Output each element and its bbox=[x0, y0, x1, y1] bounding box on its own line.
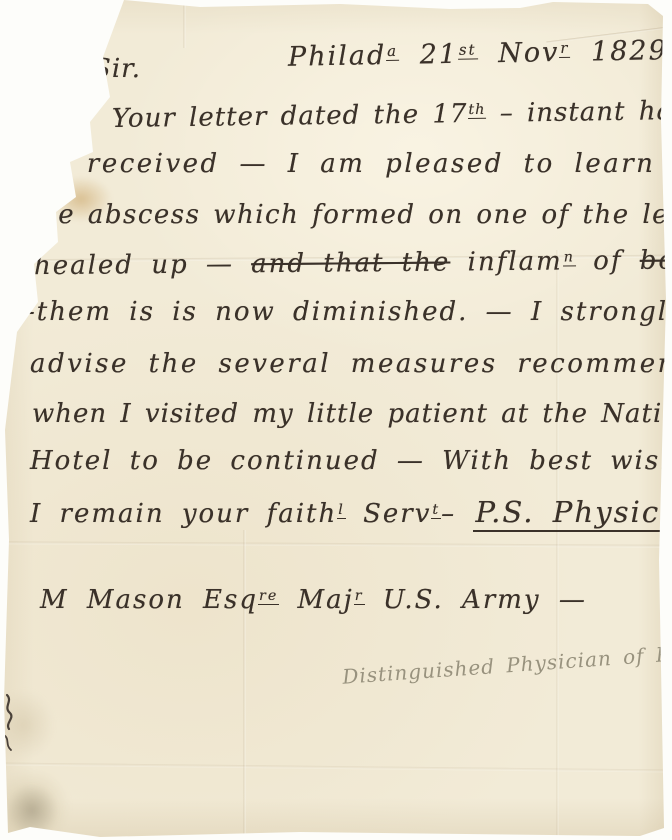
body-text: – instant has bbox=[486, 96, 672, 129]
address-line: M Mason Esqre Majr U.S. Army — bbox=[40, 585, 587, 615]
superscript: re bbox=[258, 588, 279, 605]
salutation: - Sir. bbox=[70, 54, 141, 84]
fold-crease-horizontal bbox=[0, 762, 672, 772]
superscript: a bbox=[386, 42, 399, 61]
body-text: when I visited my little patient at the … bbox=[32, 399, 672, 429]
body-line: en received — I am pleased to learn that bbox=[30, 149, 672, 179]
dateline-text: Philad bbox=[288, 40, 387, 73]
fold-crease-vertical bbox=[243, 530, 246, 840]
paper-smudge bbox=[6, 784, 58, 838]
body-line: the abscess which formed on one of the l… bbox=[28, 200, 672, 230]
body-line: -them is is now diminished. — I strongly bbox=[26, 297, 672, 327]
paper-stain bbox=[0, 768, 70, 840]
superscript: th bbox=[467, 102, 486, 119]
dateline-text: 21 bbox=[399, 39, 458, 71]
fold-crease-horizontal bbox=[0, 541, 672, 548]
body-line: when I visited my little patient at the … bbox=[32, 399, 672, 429]
fold-crease-vertical bbox=[183, 0, 186, 48]
superscript: st bbox=[458, 40, 478, 59]
address-text: M Mason Esq bbox=[40, 585, 258, 615]
body-text: healed up — bbox=[34, 249, 251, 281]
dateline-text: 1829 — bbox=[570, 34, 672, 68]
dateline-text: Nov bbox=[477, 37, 559, 69]
dateline: Philada 21st Novr 1829 — bbox=[288, 34, 672, 72]
superscript: t bbox=[431, 502, 441, 519]
superscript: n bbox=[563, 250, 576, 267]
struck-text: both bbox=[640, 245, 672, 276]
superscript: l bbox=[337, 502, 346, 519]
body-text: – bbox=[441, 499, 473, 529]
signature: P.S. Physick bbox=[473, 495, 672, 532]
body-line: healed up — and that the inflamn of both… bbox=[34, 245, 672, 281]
body-text: inflam bbox=[450, 247, 563, 278]
body-line: Hotel to be continued — With best wishes bbox=[30, 446, 672, 476]
address-text: U.S. Army — bbox=[365, 585, 587, 615]
letter-paper: Philada 21st Novr 1829 — - Sir. Your let… bbox=[0, 0, 672, 840]
pencil-annotation: Distinguished Physician of Phila bbox=[342, 639, 672, 689]
superscript: r bbox=[354, 588, 365, 605]
body-text: Serv bbox=[346, 499, 432, 529]
body-line: advise the several measures recommended bbox=[30, 349, 672, 379]
address-text: Maj bbox=[279, 585, 353, 615]
body-text: of bbox=[576, 246, 640, 277]
struck-text: and that the bbox=[251, 248, 450, 280]
pencil-text: Distinguished Physician of Phil bbox=[342, 640, 672, 689]
body-line: Your letter dated the 17th – instant has bbox=[112, 96, 672, 134]
fold-crease-vertical bbox=[556, 250, 559, 840]
ink-blot bbox=[1, 693, 19, 753]
body-text: Your letter dated the 17 bbox=[112, 99, 468, 134]
body-line: I remain your faithl Servt– P.S. Physick bbox=[30, 495, 672, 529]
scan-background: Philada 21st Novr 1829 — - Sir. Your let… bbox=[0, 0, 672, 840]
body-text: I remain your faith bbox=[30, 499, 337, 529]
